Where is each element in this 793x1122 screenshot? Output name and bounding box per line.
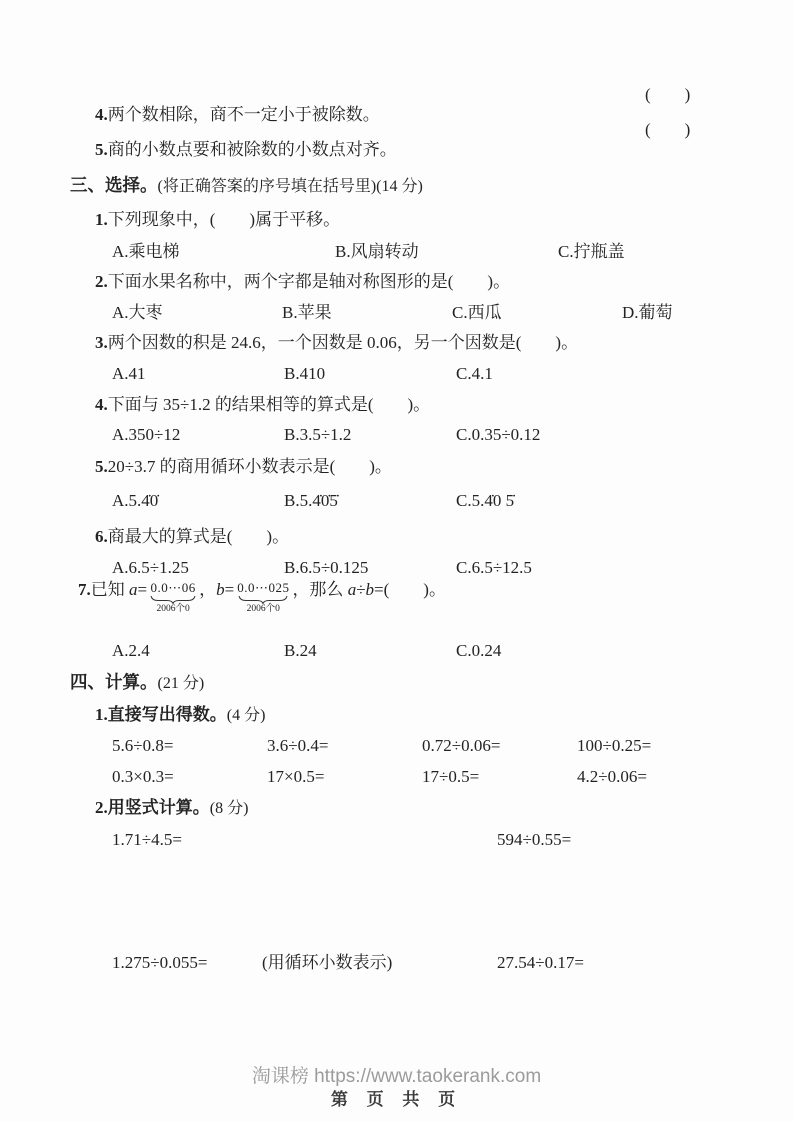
math-expression: 594÷0.55= [497, 830, 571, 849]
equals-sign: = [374, 580, 384, 600]
variable-a: a [348, 580, 357, 600]
zeros-count-label: 2006个0 [156, 605, 189, 615]
comma: ， [199, 580, 216, 600]
variable-b: b [216, 580, 225, 600]
zeros-count-label: 2006个0 [247, 605, 280, 615]
column-calc-row: 1.275÷0.055=(用循环小数表示)27.54÷0.17= [0, 933, 793, 992]
division-sign: ÷ [356, 580, 365, 600]
column-calc-row: 1.71÷4.5=594÷0.55= [0, 810, 793, 869]
underbrace-icon [150, 595, 196, 604]
answer-bracket: ( )。 [384, 580, 446, 600]
underbrace-icon [238, 595, 288, 604]
question-number: 7. [78, 580, 91, 600]
answer-bracket: ( ) [645, 85, 690, 105]
variable-b: b [366, 580, 375, 600]
decimal-value: 0.0⋯06 [150, 581, 195, 594]
repeating-zeros-expression: 0.0⋯0252006个0 [237, 581, 289, 615]
question-body: 已知 [91, 580, 129, 600]
math-expression: 27.54÷0.17= [497, 953, 584, 972]
page-number-label: 第 页 共 页 [0, 1090, 793, 1110]
question-body: ，那么 [292, 580, 347, 600]
answer-bracket: ( ) [645, 120, 690, 140]
math-expression: 1.275÷0.055= [112, 953, 262, 973]
repeating-zeros-expression: 0.0⋯062006个0 [150, 581, 196, 615]
math-expression: 1.71÷4.5= [112, 830, 497, 850]
decimal-value: 0.0⋯025 [237, 581, 289, 594]
variable-a: a [129, 580, 138, 600]
question-text: 7.已知 a=0.0⋯062006个0，b=0.0⋯0252006个0，那么 a… [0, 566, 793, 614]
site-watermark: 淘课榜 https://www.taokerank.com [0, 1066, 793, 1088]
equals-sign: = [225, 580, 235, 600]
exam-paper-page: 4.两个数相除，商不一定小于被除数。 ( ) 5.商的小数点要和被除数的小数点对… [0, 0, 793, 1122]
instruction-note: (用循环小数表示) [262, 953, 497, 973]
equals-sign: = [138, 580, 148, 600]
